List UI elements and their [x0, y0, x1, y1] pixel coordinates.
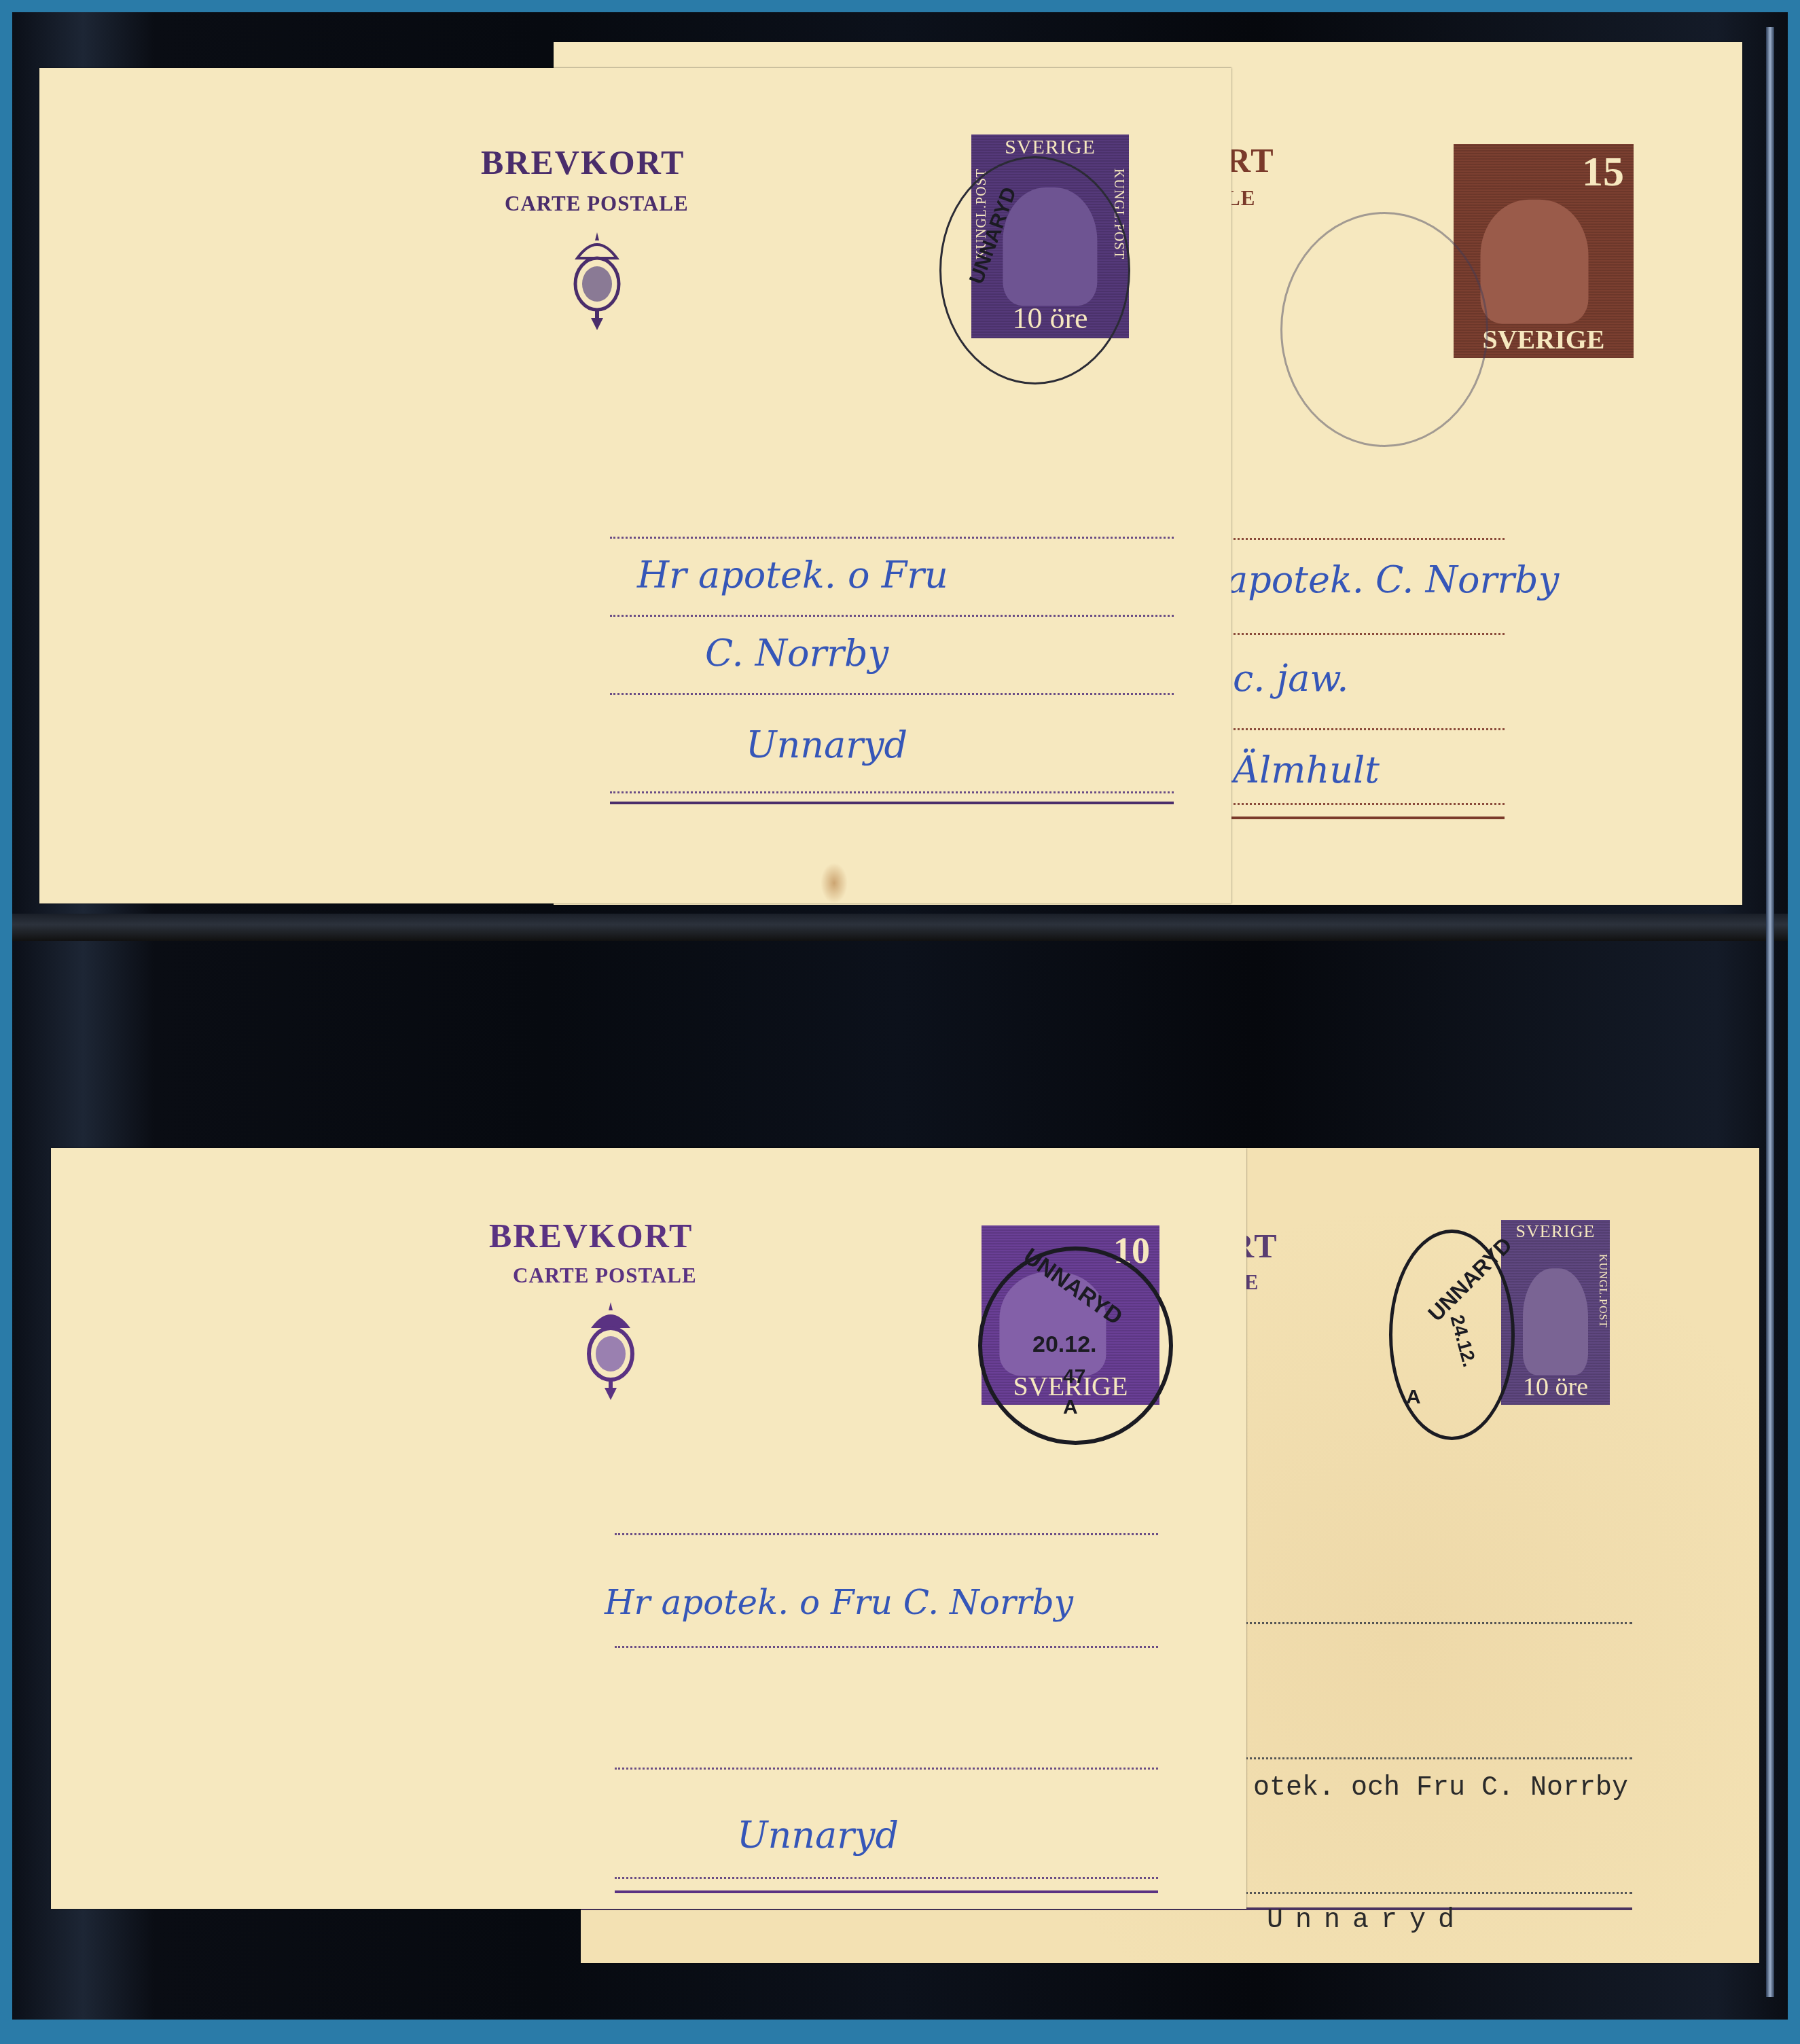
postmark-letter: A [1406, 1386, 1421, 1409]
stamp-country: SVERIGE [971, 136, 1129, 159]
stamp-10ore-violet: SVERIGE KUNGL.POST 10 öre [1501, 1220, 1610, 1405]
stamp-value: 15 [1582, 148, 1624, 196]
postmark-date: 20.12. [1032, 1331, 1097, 1358]
swedish-coat-of-arms-icon [569, 231, 625, 333]
address-line-2: Unnaryd [737, 1814, 899, 1857]
address-line-2: Unnaryd [1267, 1905, 1466, 1936]
stamp-value: 10 öre [1501, 1372, 1610, 1402]
card-heading-partial: RT [1226, 141, 1275, 180]
card-heading: BREVKORT [481, 143, 685, 182]
swedish-coat-of-arms-icon [583, 1301, 638, 1403]
address-line-1: otek. och Fru C. Norrby [1253, 1773, 1628, 1804]
address-line-3: Unnaryd [746, 723, 907, 766]
address-line-1: apotek. C. Norrby [1226, 558, 1559, 601]
postmark-faint [1280, 212, 1488, 447]
card-heading: BREVKORT [489, 1216, 693, 1255]
sleeve-strip [12, 914, 1788, 941]
sleeve-edge [1766, 27, 1774, 1997]
postcard-bottom-front: BREVKORT CARTE POSTALE 10 SVERIGE UNNARY… [51, 1148, 1246, 1909]
postmark-year: 47 [1063, 1365, 1085, 1388]
king-portrait-icon [1523, 1268, 1588, 1376]
card-subheading: CARTE POSTALE [505, 192, 689, 216]
stamp-side-right: KUNGL.POST [1596, 1254, 1608, 1328]
address-line-3: Älmhult [1233, 749, 1380, 791]
postmark-letter: A [1063, 1396, 1078, 1419]
address-line-1: Hr apotek. o Fru [637, 554, 948, 596]
king-portrait-icon [1481, 200, 1589, 324]
card-subheading: CARTE POSTALE [513, 1263, 697, 1288]
address-line-2: c. jaw. [1233, 657, 1349, 700]
stain [821, 863, 848, 903]
stamp-country: SVERIGE [1501, 1221, 1610, 1242]
address-line-2: C. Norrby [705, 632, 888, 675]
address-line-1: Hr apotek. o Fru C. Norrby [605, 1583, 1073, 1622]
postcard-top-front: BREVKORT CARTE POSTALE SVERIGE KUNGL.POS… [39, 68, 1231, 903]
